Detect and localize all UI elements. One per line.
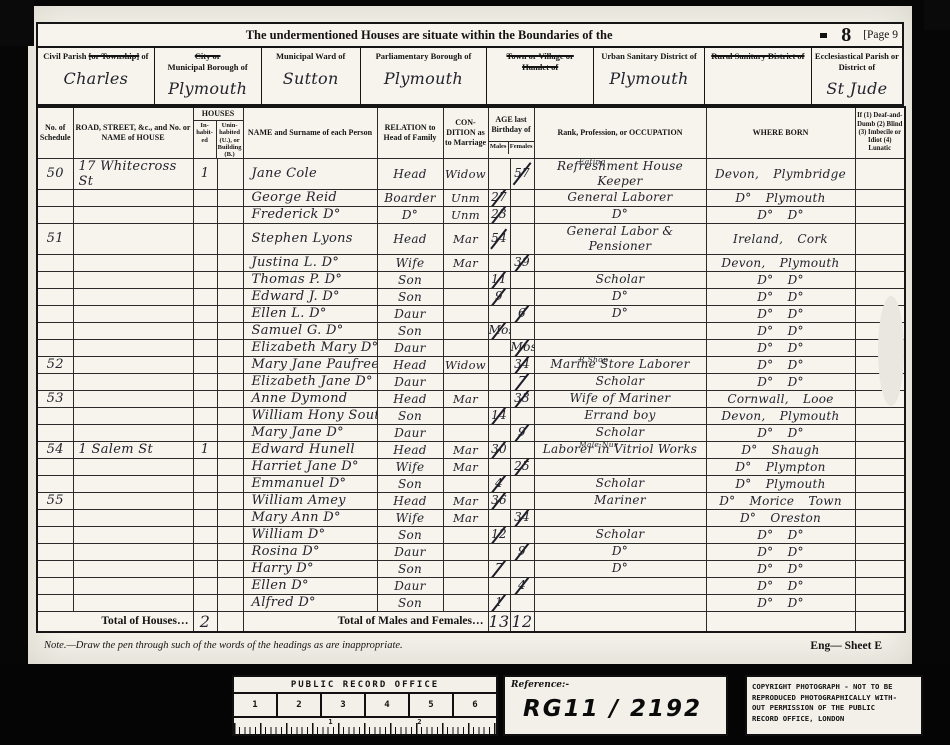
table-row: Samuel G. D° Son Mos D° D° (37, 322, 905, 339)
cell-relation: Head (377, 158, 443, 189)
district-label: Town or Village orHamlet of (487, 51, 593, 72)
ink-mark (820, 33, 827, 38)
cell-uninhabited (217, 441, 243, 458)
cell-occupation (534, 339, 706, 356)
cell-age-female (510, 189, 534, 206)
cell-inhabited (193, 254, 217, 271)
cell-name: Ellen D° (243, 577, 377, 594)
cell-address (73, 373, 193, 390)
table-row: 50 17 Whitecross St 1 Jane Cole Head Wid… (37, 158, 905, 189)
cell-uninhabited (217, 594, 243, 611)
cell-relation: Son (377, 526, 443, 543)
total-females-value: 12 (510, 611, 534, 632)
cell-schedule (37, 526, 73, 543)
cell-schedule (37, 509, 73, 526)
table-row: Emmanuel D° Son 4 Scholar D° Plymouth (37, 475, 905, 492)
cell-schedule: 54 (37, 441, 73, 458)
cell-age-female (510, 475, 534, 492)
cell-inhabited (193, 407, 217, 424)
cell-born: D° D° (706, 373, 855, 390)
cell-age-female (510, 223, 534, 254)
census-document-page: The undermentioned Houses are situate wi… (28, 6, 912, 664)
reference-label: Reference:- (511, 680, 720, 690)
cell-condition (443, 322, 488, 339)
census-table: No. of Schedule ROAD, STREET, &c., and N… (36, 106, 906, 633)
cell-relation: Son (377, 288, 443, 305)
cell-name: Justina L. D° (243, 254, 377, 271)
cell-age-male (488, 356, 510, 373)
cell-age-male: 36 (488, 492, 510, 509)
cell-relation: Wife (377, 254, 443, 271)
table-row: William Hony Southern Son 14 Errand boy … (37, 407, 905, 424)
header-inhabited: In-habit-ed (194, 121, 217, 158)
header-houses: HOUSES (194, 108, 243, 121)
cell-age-male (488, 543, 510, 560)
cell-uninhabited (217, 322, 243, 339)
cell-condition (443, 424, 488, 441)
pro-ruler-stamp: PUBLIC RECORD OFFICE 123456 1 2 (232, 675, 498, 736)
total-males-females-label: Total of Males and Females… (243, 611, 488, 632)
cell-schedule (37, 305, 73, 322)
cell-born: D° Plymouth (706, 189, 855, 206)
cell-address (73, 492, 193, 509)
cell-schedule (37, 271, 73, 288)
header-condition: CON-DITION as to Marriage (443, 107, 488, 158)
cell-condition (443, 560, 488, 577)
cell-born: D° D° (706, 543, 855, 560)
cell-relation: Son (377, 475, 443, 492)
cell-uninhabited (217, 577, 243, 594)
cell-infirmity (855, 158, 905, 189)
header-name: NAME and Surname of each Person (243, 107, 377, 158)
cell-occupation: D° (534, 305, 706, 322)
cell-occupation (534, 458, 706, 475)
cell-relation: Daur (377, 373, 443, 390)
cell-inhabited (193, 206, 217, 223)
copyright-line: OUT PERMISSION OF THE PUBLIC (752, 703, 916, 714)
cell-age-male (488, 339, 510, 356)
cell-uninhabited (217, 475, 243, 492)
cell-name: Anne Dymond (243, 390, 377, 407)
table-row: Mary Jane D° Daur 9 Scholar D° D° (37, 424, 905, 441)
ruler-number: 4 (366, 694, 410, 716)
cell-address (73, 509, 193, 526)
cell-infirmity (855, 594, 905, 611)
cell-relation: D° (377, 206, 443, 223)
cell-condition (443, 407, 488, 424)
cell-born: D° Oreston (706, 509, 855, 526)
cell-age-male (488, 424, 510, 441)
cell-relation: Daur (377, 339, 443, 356)
cell-relation: Son (377, 322, 443, 339)
cell-name: Mary Jane D° (243, 424, 377, 441)
cell-born: D° D° (706, 206, 855, 223)
cell-occupation: R ShopMarine Store Laborer (534, 356, 706, 373)
cell-name: Mary Jane Paufree (243, 356, 377, 373)
pro-title: PUBLIC RECORD OFFICE (234, 677, 496, 692)
cell-occupation: Scholar (534, 526, 706, 543)
cell-age-female (510, 441, 534, 458)
cell-schedule (37, 543, 73, 560)
cell-born: D° Morice Town (706, 492, 855, 509)
district-label: Parliamentary Borough of (361, 51, 487, 62)
total-houses-value: 2 (193, 611, 217, 632)
footnote: Note.—Draw the pen through such of the w… (44, 640, 403, 652)
cell-inhabited (193, 458, 217, 475)
cell-condition (443, 288, 488, 305)
cell-age-female (510, 492, 534, 509)
cell-infirmity (855, 543, 905, 560)
cell-age-female: 34 (510, 509, 534, 526)
cell-age-female (510, 407, 534, 424)
cell-occupation (534, 322, 706, 339)
cell-age-female (510, 206, 534, 223)
cell-condition (443, 305, 488, 322)
cell-name: William D° (243, 526, 377, 543)
cell-born: D° D° (706, 577, 855, 594)
cell-relation: Wife (377, 458, 443, 475)
table-row: Harriet Jane D° Wife Mar 25 D° Plympton (37, 458, 905, 475)
cell-age-female (510, 560, 534, 577)
cell-inhabited: 1 (193, 158, 217, 189)
district-cell: Urban Sanitary District ofPlymouth (594, 48, 705, 104)
table-row: 51 Stephen Lyons Head Mar 54 General Lab… (37, 223, 905, 254)
scan-artifact (878, 296, 904, 406)
cell-schedule (37, 206, 73, 223)
table-row: 53 Anne Dymond Head Mar 33 Wife of Marin… (37, 390, 905, 407)
cell-age-male: 14 (488, 407, 510, 424)
cell-born: D° Plymouth (706, 475, 855, 492)
district-cell: Town or Village orHamlet of (487, 48, 594, 104)
ruler-number: 3 (322, 694, 366, 716)
district-cell: Civil Parish [or Township] ofCharles (38, 48, 155, 104)
cell-age-female: 4 (510, 577, 534, 594)
cell-age-male: 1 (488, 594, 510, 611)
cell-age-male: 7 (488, 560, 510, 577)
cell-condition: Mar (443, 509, 488, 526)
district-cell: Parliamentary Borough ofPlymouth (361, 48, 488, 104)
table-row: Mary Ann D° Wife Mar 34 D° Oreston (37, 509, 905, 526)
cell-age-female (510, 288, 534, 305)
header-females: Females (509, 142, 534, 154)
reference-value: RG11 / 2192 (523, 696, 720, 722)
header-uninhabited: Unin-habited (U.), or Building (B.) (217, 121, 243, 158)
cell-infirmity (855, 407, 905, 424)
cell-relation: Son (377, 594, 443, 611)
cell-address (73, 577, 193, 594)
cell-inhabited (193, 223, 217, 254)
total-males-value: 13 (488, 611, 510, 632)
ruler-scale: 123456 (234, 692, 496, 716)
cell-age-male: 12 (488, 526, 510, 543)
cell-uninhabited (217, 271, 243, 288)
cell-born: Devon, Plymbridge (706, 158, 855, 189)
cell-condition: Unm (443, 206, 488, 223)
cell-schedule (37, 407, 73, 424)
cell-relation: Head (377, 441, 443, 458)
cell-age-female: 57 (510, 158, 534, 189)
cell-occupation: Male NurLaborer in Vitriol Works (534, 441, 706, 458)
cell-relation: Daur (377, 543, 443, 560)
ruler-number: 6 (454, 694, 496, 716)
cell-address: 17 Whitecross St (73, 158, 193, 189)
cell-infirmity (855, 206, 905, 223)
table-header-row: No. of Schedule ROAD, STREET, &c., and N… (37, 107, 905, 158)
cell-address (73, 560, 193, 577)
sheet-label: Eng— Sheet E (810, 640, 882, 652)
cell-inhabited (193, 305, 217, 322)
cell-occupation (534, 594, 706, 611)
total-houses-label: Total of Houses… (37, 611, 193, 632)
table-row: Ellen D° Daur 4 D° D° (37, 577, 905, 594)
cell-inhabited (193, 189, 217, 206)
cell-name: George Reid (243, 189, 377, 206)
cell-name: Harry D° (243, 560, 377, 577)
cell-condition (443, 543, 488, 560)
cell-address (73, 305, 193, 322)
cell-schedule: 55 (37, 492, 73, 509)
cell-schedule (37, 594, 73, 611)
cell-condition: Mar (443, 492, 488, 509)
district-value: Sutton (262, 69, 360, 88)
banner: The undermentioned Houses are situate wi… (36, 22, 904, 48)
header-infirmity: If (1) Deaf-and-Dumb (2) Blind (3) Imbec… (855, 107, 905, 158)
cell-age-male (488, 509, 510, 526)
header-age-group: AGE last Birthday of Males Females (488, 107, 534, 158)
cell-born: D° D° (706, 339, 855, 356)
cell-address (73, 458, 193, 475)
cell-occupation: Mariner (534, 492, 706, 509)
cell-age-female: 7 (510, 373, 534, 390)
cell-uninhabited (217, 356, 243, 373)
cell-name: Alfred D° (243, 594, 377, 611)
cell-age-male (488, 373, 510, 390)
cell-born: Devon, Plymouth (706, 407, 855, 424)
cell-inhabited (193, 509, 217, 526)
district-label: Ecclesiastical Parish orDistrict of (812, 51, 902, 72)
copyright-line: REPRODUCED PHOTOGRAPHICALLY WITH- (752, 693, 916, 704)
cell-age-male (488, 390, 510, 407)
cell-address (73, 288, 193, 305)
cell-name: William Hony Southern (243, 407, 377, 424)
cell-uninhabited (217, 526, 243, 543)
cell-address (73, 189, 193, 206)
cell-infirmity (855, 526, 905, 543)
cell-occupation: D° (534, 288, 706, 305)
district-value: St Jude (812, 79, 902, 98)
cell-born: D° D° (706, 305, 855, 322)
cell-relation: Daur (377, 577, 443, 594)
cell-occupation: Scholar (534, 424, 706, 441)
cell-occupation: Scholar (534, 475, 706, 492)
cell-uninhabited (217, 158, 243, 189)
cell-occupation (534, 577, 706, 594)
cell-inhabited (193, 526, 217, 543)
cell-relation: Daur (377, 305, 443, 322)
cell-name: Mary Ann D° (243, 509, 377, 526)
district-label: Civil Parish [or Township] of (38, 51, 154, 62)
cell-age-male (488, 577, 510, 594)
cell-condition: Mar (443, 254, 488, 271)
district-value: Plymouth (155, 79, 261, 98)
table-row: Edward J. D° Son 9 D° D° D° (37, 288, 905, 305)
district-label: Rural Sanitary District of (705, 51, 811, 62)
district-cell: City orMunicipal Borough ofPlymouth (155, 48, 262, 104)
cell-condition: Widow (443, 158, 488, 189)
cell-age-female (510, 594, 534, 611)
cell-condition: Mar (443, 390, 488, 407)
cell-relation: Head (377, 390, 443, 407)
district-label: City orMunicipal Borough of (155, 51, 261, 72)
cell-uninhabited (217, 509, 243, 526)
copyright-line: RECORD OFFICE, LONDON (752, 714, 916, 725)
cell-born: D° Shaugh (706, 441, 855, 458)
cell-uninhabited (217, 424, 243, 441)
header-relation: RELATION to Head of Family (377, 107, 443, 158)
cell-name: Emmanuel D° (243, 475, 377, 492)
cell-name: Edward J. D° (243, 288, 377, 305)
cell-condition (443, 526, 488, 543)
occupation-annotation: Eating (579, 158, 606, 165)
ruler-ticks: 1 2 (234, 716, 496, 734)
cell-age-male: 11 (488, 271, 510, 288)
district-cell: Municipal Ward ofSutton (262, 48, 361, 104)
header-schedule: No. of Schedule (37, 107, 73, 158)
cell-age-female: 34 (510, 356, 534, 373)
header-occupation: Rank, Profession, or OCCUPATION (534, 107, 706, 158)
cell-age-male: 27 (488, 189, 510, 206)
pro-footer-strip: PUBLIC RECORD OFFICE 123456 1 2 Referenc… (0, 664, 950, 745)
cell-age-female (510, 271, 534, 288)
cell-infirmity (855, 223, 905, 254)
cell-age-female: 33 (510, 390, 534, 407)
cell-infirmity (855, 271, 905, 288)
cell-uninhabited (217, 390, 243, 407)
table-row: Justina L. D° Wife Mar 39 Devon, Plymout… (37, 254, 905, 271)
cell-name: William Amey (243, 492, 377, 509)
cell-address (73, 407, 193, 424)
table-row: Elizabeth Mary D° Daur Mos D° D° (37, 339, 905, 356)
table-row: Ellen L. D° Daur 6 D° D° D° (37, 305, 905, 322)
table-row: Alfred D° Son 1 D° D° (37, 594, 905, 611)
cell-age-female: 6 (510, 305, 534, 322)
cell-schedule (37, 288, 73, 305)
district-label: Municipal Ward of (262, 51, 360, 62)
header-males: Males (489, 142, 509, 154)
scan-blot (0, 0, 34, 46)
header-road: ROAD, STREET, &c., and No. or NAME of HO… (73, 107, 193, 158)
table-row: Rosina D° Daur 9 D° D° D° (37, 543, 905, 560)
cell-uninhabited (217, 407, 243, 424)
cell-age-female: Mos (510, 339, 534, 356)
cell-age-male: 54 (488, 223, 510, 254)
cell-address (73, 322, 193, 339)
cell-inhabited (193, 271, 217, 288)
cell-relation: Wife (377, 509, 443, 526)
cell-schedule (37, 475, 73, 492)
reference-stamp: Reference:- RG11 / 2192 (503, 675, 728, 736)
cell-schedule: 52 (37, 356, 73, 373)
ruler-inch-2: 2 (417, 718, 421, 726)
cell-age-female: 39 (510, 254, 534, 271)
cell-schedule (37, 254, 73, 271)
cell-uninhabited (217, 339, 243, 356)
cell-name: Harriet Jane D° (243, 458, 377, 475)
table-row: Elizabeth Jane D° Daur 7 Scholar D° D° (37, 373, 905, 390)
cell-occupation (534, 254, 706, 271)
cell-condition (443, 271, 488, 288)
cell-inhabited (193, 288, 217, 305)
cell-address (73, 223, 193, 254)
cell-name: Stephen Lyons (243, 223, 377, 254)
cell-schedule: 50 (37, 158, 73, 189)
table-row: William D° Son 12 Scholar D° D° (37, 526, 905, 543)
cell-schedule (37, 339, 73, 356)
cell-relation: Head (377, 223, 443, 254)
cell-age-male: Mos (488, 322, 510, 339)
ruler-number: 1 (234, 694, 278, 716)
cell-inhabited (193, 492, 217, 509)
cell-address (73, 271, 193, 288)
cell-infirmity (855, 254, 905, 271)
cell-schedule (37, 458, 73, 475)
cell-born: D° D° (706, 356, 855, 373)
cell-inhabited (193, 373, 217, 390)
page-number: 8 (841, 25, 851, 45)
cell-name: Thomas P. D° (243, 271, 377, 288)
district-header: Civil Parish [or Township] ofCharlesCity… (36, 48, 904, 106)
cell-infirmity (855, 475, 905, 492)
cell-inhabited (193, 322, 217, 339)
cell-occupation: Errand boy (534, 407, 706, 424)
cell-age-male (488, 458, 510, 475)
cell-occupation: D° (534, 206, 706, 223)
cell-relation: Head (377, 356, 443, 373)
cell-address (73, 526, 193, 543)
cell-address (73, 390, 193, 407)
table-row: Frederick D° D° Unm 23 D° D° D° (37, 206, 905, 223)
table-row: 54 1 Salem St 1 Edward Hunell Head Mar 3… (37, 441, 905, 458)
cell-relation: Head (377, 492, 443, 509)
cell-condition: Mar (443, 223, 488, 254)
cell-occupation: D° (534, 560, 706, 577)
cell-name: Elizabeth Mary D° (243, 339, 377, 356)
scanned-census-page: { "colors": { "paper": "#f4f2ea", "ink":… (0, 0, 950, 745)
cell-occupation (534, 509, 706, 526)
cell-age-male: 9 (488, 288, 510, 305)
cell-schedule (37, 373, 73, 390)
cell-occupation: General Laborer (534, 189, 706, 206)
cell-born: Ireland, Cork (706, 223, 855, 254)
cell-infirmity (855, 560, 905, 577)
cell-age-female: 25 (510, 458, 534, 475)
cell-inhabited (193, 560, 217, 577)
cell-schedule: 53 (37, 390, 73, 407)
cell-address: 1 Salem St (73, 441, 193, 458)
cell-address (73, 206, 193, 223)
cell-address (73, 254, 193, 271)
district-cell: Rural Sanitary District of (705, 48, 812, 104)
cell-born: D° D° (706, 271, 855, 288)
cell-name: Frederick D° (243, 206, 377, 223)
cell-uninhabited (217, 206, 243, 223)
header-age: AGE last Birthday of (489, 108, 534, 142)
header-houses-group: HOUSES In-habit-ed Unin-habited (U.), or… (193, 107, 243, 158)
ruler-number: 5 (410, 694, 454, 716)
cell-born: D° D° (706, 594, 855, 611)
cell-relation: Son (377, 560, 443, 577)
cell-age-male: 23 (488, 206, 510, 223)
